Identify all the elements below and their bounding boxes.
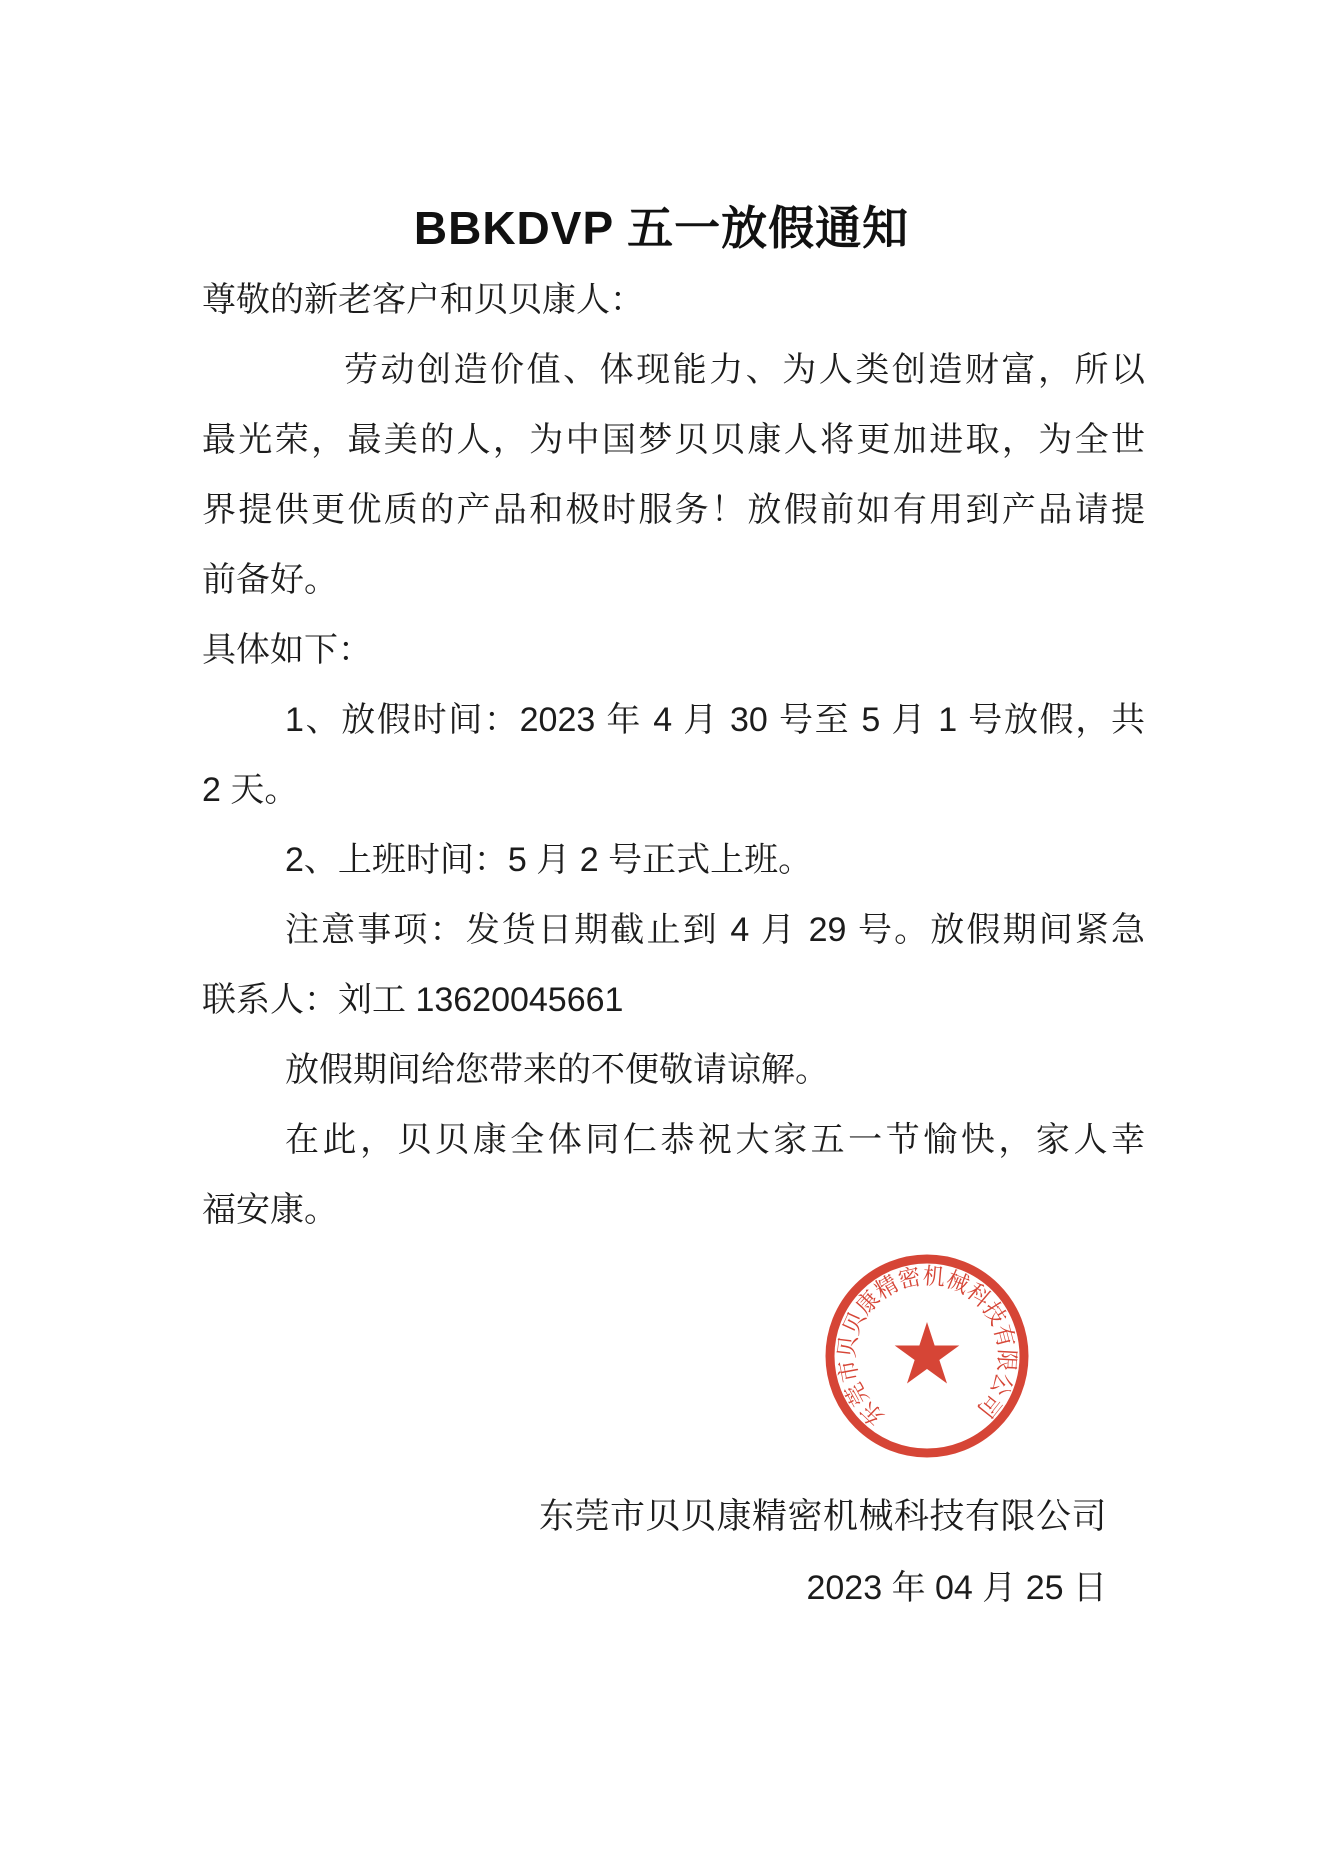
- detail-line: 放假期间给您带来的不便敬请谅解。: [285, 1050, 829, 1090]
- intro-line: 劳动创造价值、体现能力、为人类创造财富，所以: [344, 350, 1145, 390]
- details-heading: 具体如下：: [202, 630, 372, 670]
- company-seal-stamp: 东莞市贝贝康精密机械科技有限公司: [817, 1246, 1037, 1466]
- notice-title: BBKDVP 五一放假通知: [0, 192, 1323, 258]
- detail-line: 1、放假时间：2023 年 4 月 30 号至 5 月 1 号放假，共: [285, 700, 1145, 740]
- signature-date: 2023 年 04 月 25 日: [806, 1560, 1107, 1609]
- detail-line: 注意事项：发货日期截止到 4 月 29 号。放假期间紧急: [285, 910, 1145, 950]
- seal-star-icon: [895, 1322, 960, 1384]
- signature-company: 东莞市贝贝康精密机械科技有限公司: [539, 1489, 1107, 1539]
- intro-line: 最光荣，最美的人，为中国梦贝贝康人将更加进取，为全世: [202, 420, 1145, 460]
- detail-line: 2 天。: [202, 770, 298, 810]
- detail-line: 福安康。: [202, 1190, 338, 1230]
- salutation-line: 尊敬的新老客户和贝贝康人：: [202, 280, 644, 320]
- detail-line: 2、上班时间：5 月 2 号正式上班。: [285, 840, 812, 880]
- detail-line: 联系人：刘工 13620045661: [202, 980, 623, 1020]
- intro-line: 界提供更优质的产品和极时服务！放假前如有用到产品请提: [202, 490, 1145, 530]
- intro-line: 前备好。: [202, 560, 338, 600]
- detail-line: 在此，贝贝康全体同仁恭祝大家五一节愉快，家人幸: [285, 1120, 1145, 1160]
- document-page: BBKDVP 五一放假通知 尊敬的新老客户和贝贝康人： 劳动创造价值、体现能力、…: [0, 0, 1323, 1871]
